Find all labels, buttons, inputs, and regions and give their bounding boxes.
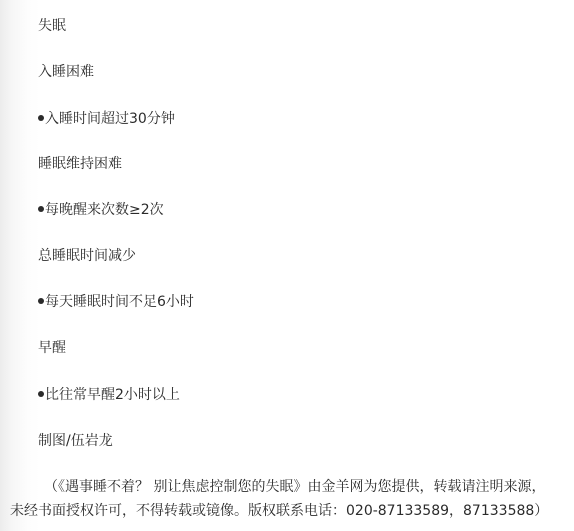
bullet-item: 比往常早醒2小时以上 xyxy=(38,386,180,404)
bullet-text: 比往常早醒2小时以上 xyxy=(45,387,180,403)
heading-text: 入睡困难 xyxy=(38,64,94,80)
section-title-insomnia: 失眠 xyxy=(38,17,66,35)
section-title-text: 失眠 xyxy=(38,18,66,34)
heading-difficulty-falling-asleep: 入睡困难 xyxy=(38,63,94,81)
bullet-icon xyxy=(38,391,44,397)
bullet-item: 每天睡眠时间不足6小时 xyxy=(38,293,194,311)
heading-early-waking: 早醒 xyxy=(38,339,66,357)
heading-text: 早醒 xyxy=(38,340,66,356)
bullet-item: 入睡时间超过30分钟 xyxy=(38,110,175,128)
heading-text: 睡眠维持困难 xyxy=(38,156,122,172)
copyright-line-1: （《遇事睡不着？ 别让焦虑控制您的失眠》由金羊网为您提供，转载请注明来源， xyxy=(10,475,570,499)
heading-reduced-total-sleep: 总睡眠时间减少 xyxy=(38,247,136,265)
bullet-text: 每天睡眠时间不足6小时 xyxy=(45,294,194,310)
credit-text: 制图/伍岩龙 xyxy=(38,433,113,449)
copyright-line-2: 未经书面授权许可，不得转载或镜像。版权联系电话：020-87133589，871… xyxy=(10,499,570,523)
bullet-icon xyxy=(38,115,44,121)
graphic-credit: 制图/伍岩龙 xyxy=(38,432,113,450)
copyright-notice: （《遇事睡不着？ 别让焦虑控制您的失眠》由金羊网为您提供，转载请注明来源， 未经… xyxy=(10,475,570,523)
bullet-item: 每晚醒来次数≥2次 xyxy=(38,201,164,219)
bullet-icon xyxy=(38,298,44,304)
heading-difficulty-maintaining-sleep: 睡眠维持困难 xyxy=(38,155,122,173)
bullet-text: 入睡时间超过30分钟 xyxy=(45,111,175,127)
bullet-text: 每晚醒来次数≥2次 xyxy=(45,202,164,218)
heading-text: 总睡眠时间减少 xyxy=(38,248,136,264)
bullet-icon xyxy=(38,206,44,212)
